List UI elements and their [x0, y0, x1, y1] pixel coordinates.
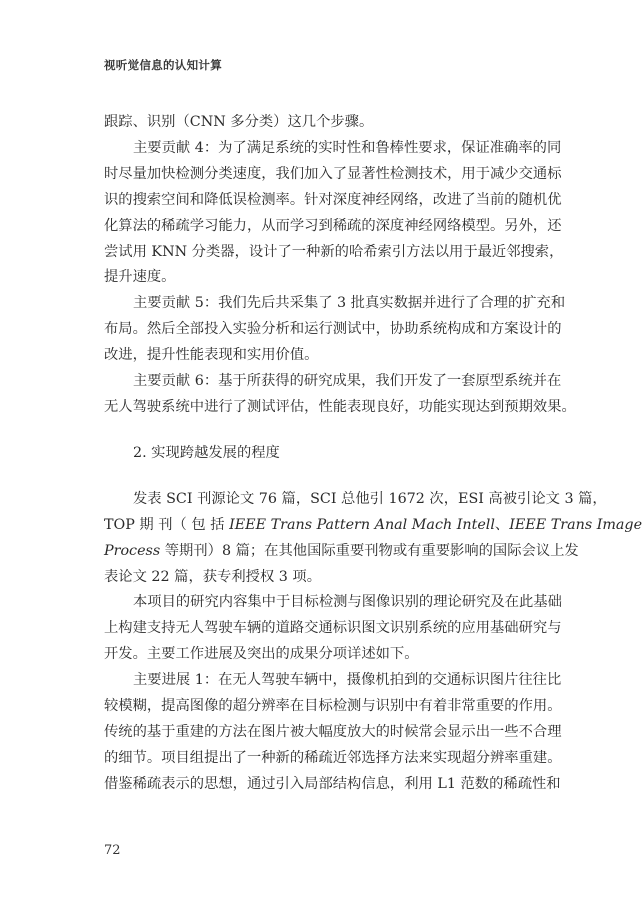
paragraph-publications: 发表 SCI 刊源论文 76 篇，SCI 总他引 1672 次，ESI 高被引论… [104, 487, 556, 591]
text-line: 改进，提升性能表现和实用价值。 [104, 343, 556, 369]
running-header: 视听觉信息的认知计算 [104, 57, 222, 73]
text-line: 的细节。项目组提出了一种新的稀疏近邻选择方法来实现超分辨率重建。 [104, 746, 556, 772]
text-line: 传统的基于重建的方法在图片被大幅度放大的时候常会显示出一些不合理 [104, 720, 556, 746]
paragraph-continuation: 跟踪、识别（CNN 多分类）这几个步骤。 [104, 110, 556, 136]
text-line: Process 等期刊）8 篇；在其他国际重要刊物或有重要影响的国际会议上发 [104, 539, 556, 565]
text-line: 开发。主要工作进展及突出的成果分项详述如下。 [104, 642, 556, 668]
text-span: 等期刊）8 篇；在其他国际重要刊物或有重要影响的国际会议上发 [160, 543, 579, 559]
paragraph-contribution-4: 主要贡献 4：为了满足系统的实时性和鲁棒性要求，保证准确率的同 时尽量加快检测分… [104, 136, 556, 291]
journal-name: IEEE Trans Pattern Anal Mach Intell [229, 517, 495, 533]
text-span: 、 [495, 517, 509, 533]
text-line: 提升速度。 [104, 265, 556, 291]
paragraph-progress-1: 主要进展 1：在无人驾驶车辆中，摄像机拍到的交通标识图片往往比 较模糊，提高图像… [104, 668, 556, 798]
text-line: 识的搜索空间和降低误检测率。针对深度神经网络，改进了当前的随机优 [104, 188, 556, 214]
paragraph-intro: 本项目的研究内容集中于目标检测与图像识别的理论研究及在此基础 上构建支持无人驾驶… [104, 590, 556, 668]
text-line: 主要贡献 4：为了满足系统的实时性和鲁棒性要求，保证准确率的同 [104, 136, 556, 162]
text-line: 主要进展 1：在无人驾驶车辆中，摄像机拍到的交通标识图片往往比 [104, 668, 556, 694]
text-line: TOP 期 刊（ 包 括 IEEE Trans Pattern Anal Mac… [104, 513, 556, 539]
page-number: 72 [104, 843, 121, 858]
paragraph-contribution-5: 主要贡献 5：我们先后共采集了 3 批真实数据并进行了合理的扩充和 布局。然后全… [104, 291, 556, 369]
journal-name: Process [104, 543, 160, 559]
text-line: 较模糊，提高图像的超分辨率在目标检测与识别中有着非常重要的作用。 [104, 694, 556, 720]
text-line: 无人驾驶系统中进行了测试评估，性能表现良好，功能实现达到预期效果。 [104, 395, 556, 421]
paragraph-contribution-6: 主要贡献 6：基于所获得的研究成果，我们开发了一套原型系统并在 无人驾驶系统中进… [104, 369, 556, 421]
text-line: 跟踪、识别（CNN 多分类）这几个步骤。 [104, 110, 556, 136]
journal-name: IEEE Trans Image [509, 517, 642, 533]
text-line: 上构建支持无人驾驶车辆的道路交通标识图文识别系统的应用基础研究与 [104, 616, 556, 642]
page-body: 跟踪、识别（CNN 多分类）这几个步骤。 主要贡献 4：为了满足系统的实时性和鲁… [104, 110, 556, 798]
text-line: 时尽量加快检测分类速度，我们加入了显著性检测技术，用于减少交通标 [104, 162, 556, 188]
text-line: 本项目的研究内容集中于目标检测与图像识别的理论研究及在此基础 [104, 590, 556, 616]
text-line: 表论文 22 篇，获专利授权 3 项。 [104, 565, 556, 591]
text-line: 主要贡献 6：基于所获得的研究成果，我们开发了一套原型系统并在 [104, 369, 556, 395]
text-line: 借鉴稀疏表示的思想，通过引入局部结构信息，利用 L1 范数的稀疏性和 [104, 772, 556, 798]
text-line: 化算法的稀疏学习能力，从而学习到稀疏的深度神经网络模型。另外，还 [104, 214, 556, 240]
section-heading: 2. 实现跨越发展的程度 [104, 441, 556, 467]
text-line: 尝试用 KNN 分类器，设计了一种新的哈希索引方法以用于最近邻搜索， [104, 240, 556, 266]
text-line: 主要贡献 5：我们先后共采集了 3 批真实数据并进行了合理的扩充和 [104, 291, 556, 317]
text-line: 发表 SCI 刊源论文 76 篇，SCI 总他引 1672 次，ESI 高被引论… [104, 487, 556, 513]
text-line: 布局。然后全部投入实验分析和运行测试中，协助系统构成和方案设计的 [104, 317, 556, 343]
text-span: TOP 期 刊（ 包 括 [104, 517, 229, 533]
